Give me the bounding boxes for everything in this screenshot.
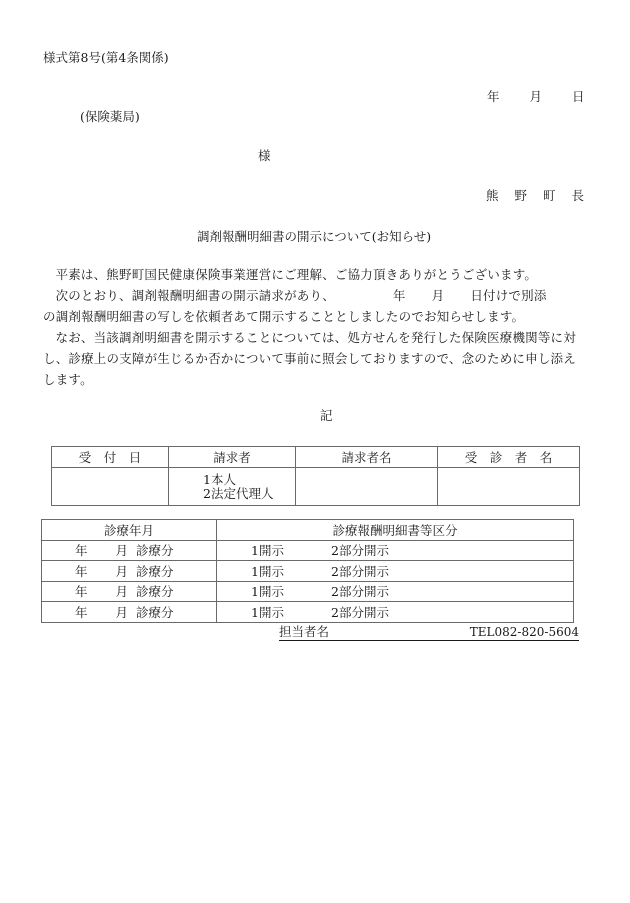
treatment-table: 診療年月 診療報酬明細書等区分 年月診療分 1開示2部分開示 年月診療分 1開示… (41, 519, 574, 623)
request-table-header: 受 付 日 請求者 請求者名 受 診 者 名 (52, 447, 580, 468)
header-patient-name: 受 診 者 名 (438, 447, 580, 468)
paragraph-2-month: 月 (432, 288, 445, 303)
contact-line: 担当者名 TEL082-820-5604 (279, 626, 579, 641)
ki-label: 記 (320, 410, 333, 423)
paragraph-2-text: 次のとおり、調剤報酬明細書の開示請求があり、 (56, 288, 335, 303)
suffix-label: 診療分 (136, 541, 174, 559)
sender-char: 野 (515, 188, 528, 203)
category-cell: 1開示2部分開示 (217, 561, 574, 582)
header-requester: 請求者 (169, 447, 296, 468)
year-label: 年 (75, 562, 88, 580)
document-title: 調剤報酬明細書の開示について(お知らせ) (197, 231, 431, 244)
option-disclose[interactable]: 1開示 (251, 541, 331, 559)
category-cell: 1開示2部分開示 (217, 540, 574, 561)
option-disclose[interactable]: 1開示 (251, 562, 331, 580)
category-cell: 1開示2部分開示 (217, 581, 574, 602)
sender-char: 町 (543, 188, 556, 203)
treatment-month-cell[interactable]: 年月診療分 (42, 561, 217, 582)
sender-char: 熊 (486, 188, 499, 203)
year-label: 年 (75, 603, 88, 621)
recipient-org: (保険薬局) (80, 111, 140, 124)
body-text: 平素は、熊野町国民健康保険事業運営にご理解、ご協力頂きありがとうございます。 次… (43, 264, 583, 390)
table-row: 年月診療分 1開示2部分開示 (42, 540, 574, 561)
option-partial-disclose[interactable]: 2部分開示 (331, 603, 389, 621)
paragraph-2-line-2: の調剤報酬明細書の写しを依頼者あて開示することとしましたのでお知らせします。 (43, 306, 583, 327)
requester-cell[interactable]: 1本人 2法定代理人 (169, 468, 296, 506)
treatment-month-cell[interactable]: 年月診療分 (42, 581, 217, 602)
option-partial-disclose[interactable]: 2部分開示 (331, 582, 389, 600)
month-label: 月 (116, 603, 129, 621)
treatment-table-header: 診療年月 診療報酬明細書等区分 (42, 520, 574, 541)
option-disclose[interactable]: 1開示 (251, 603, 331, 621)
issue-date: 年 月 日 (487, 91, 585, 104)
contact-person-label: 担当者名 (279, 626, 329, 639)
option-partial-disclose[interactable]: 2部分開示 (331, 541, 389, 559)
patient-name-cell[interactable] (438, 468, 580, 506)
form-number: 様式第8号(第4条関係) (43, 52, 169, 65)
requester-option-legal-rep[interactable]: 2法定代理人 (203, 487, 295, 501)
table-row: 年月診療分 1開示2部分開示 (42, 561, 574, 582)
suffix-label: 診療分 (136, 562, 174, 580)
sender: 熊 野 町 長 (486, 190, 584, 203)
month-label: 月 (116, 541, 129, 559)
reception-date-cell[interactable] (52, 468, 169, 506)
date-year: 年 (487, 89, 500, 104)
date-month: 月 (530, 89, 543, 104)
year-label: 年 (75, 582, 88, 600)
requester-name-cell[interactable] (296, 468, 438, 506)
requester-option-self[interactable]: 1本人 (203, 473, 295, 487)
sender-char: 長 (572, 188, 585, 203)
suffix-label: 診療分 (136, 603, 174, 621)
paragraph-1: 平素は、熊野町国民健康保険事業運営にご理解、ご協力頂きありがとうございます。 (43, 264, 583, 285)
header-statement-category: 診療報酬明細書等区分 (217, 520, 574, 541)
table-row: 年月診療分 1開示2部分開示 (42, 581, 574, 602)
category-cell: 1開示2部分開示 (217, 602, 574, 623)
paragraph-2-text: 日付けで別添 (470, 288, 546, 303)
table-row: 年月診療分 1開示2部分開示 (42, 602, 574, 623)
request-table: 受 付 日 請求者 請求者名 受 診 者 名 1本人 2法定代理人 (51, 446, 580, 506)
header-requester-name: 請求者名 (296, 447, 438, 468)
date-day: 日 (572, 89, 585, 104)
request-table-row: 1本人 2法定代理人 (52, 468, 580, 506)
treatment-month-cell[interactable]: 年月診療分 (42, 602, 217, 623)
month-label: 月 (116, 562, 129, 580)
suffix-label: 診療分 (136, 582, 174, 600)
year-label: 年 (75, 541, 88, 559)
month-label: 月 (116, 582, 129, 600)
option-partial-disclose[interactable]: 2部分開示 (331, 562, 389, 580)
paragraph-2-year: 年 (393, 288, 406, 303)
header-treatment-month: 診療年月 (42, 520, 217, 541)
contact-phone: TEL082-820-5604 (470, 626, 579, 638)
honorific: 様 (258, 150, 271, 163)
treatment-month-cell[interactable]: 年月診療分 (42, 540, 217, 561)
header-reception-date: 受 付 日 (52, 447, 169, 468)
option-disclose[interactable]: 1開示 (251, 582, 331, 600)
paragraph-2: 次のとおり、調剤報酬明細書の開示請求があり、年月日付けで別添 (43, 285, 583, 306)
paragraph-3: なお、当該調剤明細書を開示することについては、処方せんを発行した保険医療機関等に… (43, 327, 583, 390)
